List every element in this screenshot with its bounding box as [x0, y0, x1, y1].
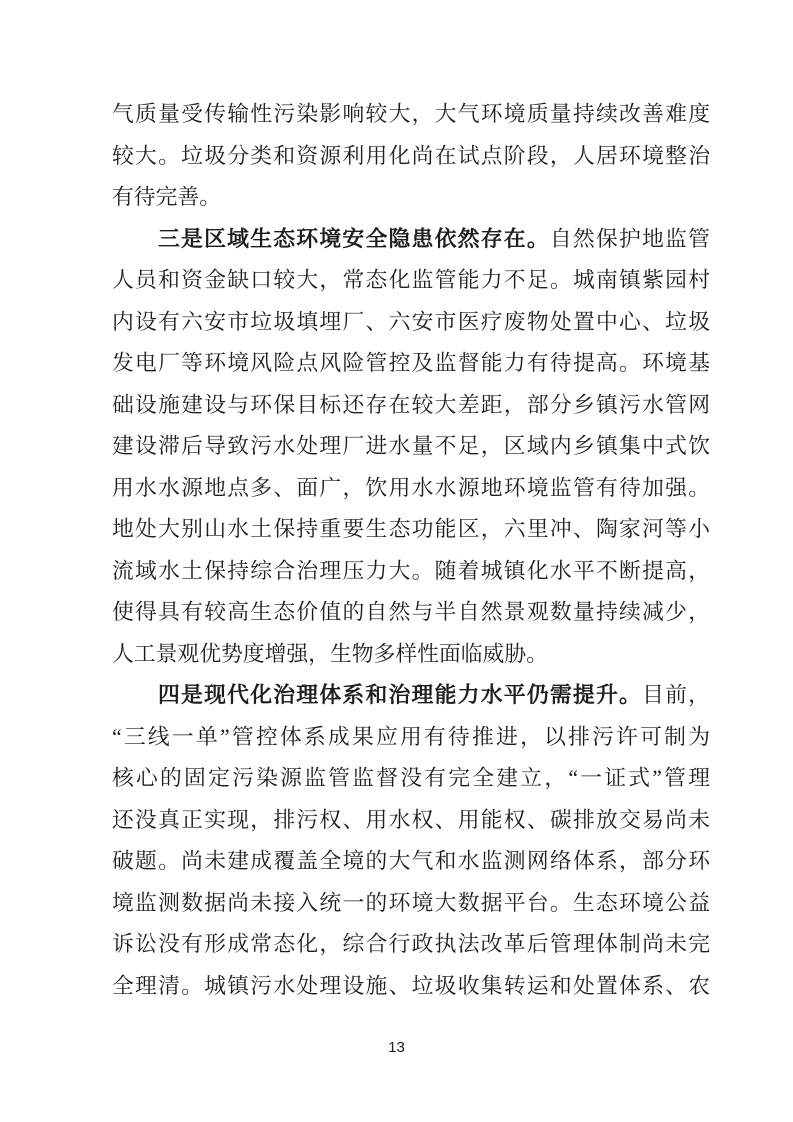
paragraph-lead-bold: 三是区域生态环境安全隐患依然存在。: [158, 227, 550, 251]
paragraph-lead-rest: 自然保护地监管: [550, 227, 710, 251]
text-line: 四是现代化治理体系和治理能力水平仍需提升。目前，: [112, 675, 710, 717]
text-line: 三是区域生态环境安全隐患依然存在。自然保护地监管: [112, 219, 710, 261]
text-line: 内设有六安市垃圾填埋厂、六安市医疗废物处置中心、垃圾: [112, 302, 710, 344]
text-line: 础设施建设与环保目标还存在较大差距，部分乡镇污水管网: [112, 385, 710, 427]
text-line: 全理清。城镇污水处理设施、垃圾收集转运和处置体系、农: [112, 966, 710, 1008]
document-page: 气质量受传输性污染影响较大，大气环境质量持续改善难度 较大。垃圾分类和资源利用化…: [0, 0, 793, 1122]
page-number: 13: [0, 1038, 793, 1058]
text-line: 人工景观优势度增强，生物多样性面临威胁。: [112, 634, 710, 676]
page-body-text: 气质量受传输性污染影响较大，大气环境质量持续改善难度 较大。垃圾分类和资源利用化…: [112, 94, 710, 1007]
paragraph-lead-bold: 四是现代化治理体系和治理能力水平仍需提升。: [158, 683, 642, 707]
text-line: 发电厂等环境风险点风险管控及监督能力有待提高。环境基: [112, 343, 710, 385]
text-line: “三线一单”管控体系成果应用有待推进，以排污许可制为: [112, 717, 710, 759]
text-line: 核心的固定污染源监管监督没有完全建立，“一证式”管理: [112, 758, 710, 800]
text-line: 建设滞后导致污水处理厂进水量不足，区域内乡镇集中式饮: [112, 426, 710, 468]
text-line: 人员和资金缺口较大，常态化监管能力不足。城南镇紫园村: [112, 260, 710, 302]
text-line: 还没真正实现，排污权、用水权、用能权、碳排放交易尚未: [112, 800, 710, 842]
text-line: 境监测数据尚未接入统一的环境大数据平台。生态环境公益: [112, 883, 710, 925]
text-line: 气质量受传输性污染影响较大，大气环境质量持续改善难度: [112, 94, 710, 136]
text-line: 使得具有较高生态价值的自然与半自然景观数量持续减少，: [112, 592, 710, 634]
text-line: 流域水土保持综合治理压力大。随着城镇化水平不断提高，: [112, 551, 710, 593]
text-line: 破题。尚未建成覆盖全境的大气和水监测网络体系，部分环: [112, 841, 710, 883]
text-line: 较大。垃圾分类和资源利用化尚在试点阶段，人居环境整治: [112, 136, 710, 178]
text-line: 用水水源地点多、面广，饮用水水源地环境监管有待加强。: [112, 468, 710, 510]
text-line: 有待完善。: [112, 177, 710, 219]
paragraph-lead-rest: 目前，: [642, 683, 710, 707]
text-line: 地处大别山水土保持重要生态功能区，六里冲、陶家河等小: [112, 509, 710, 551]
text-line: 诉讼没有形成常态化，综合行政执法改革后管理体制尚未完: [112, 924, 710, 966]
